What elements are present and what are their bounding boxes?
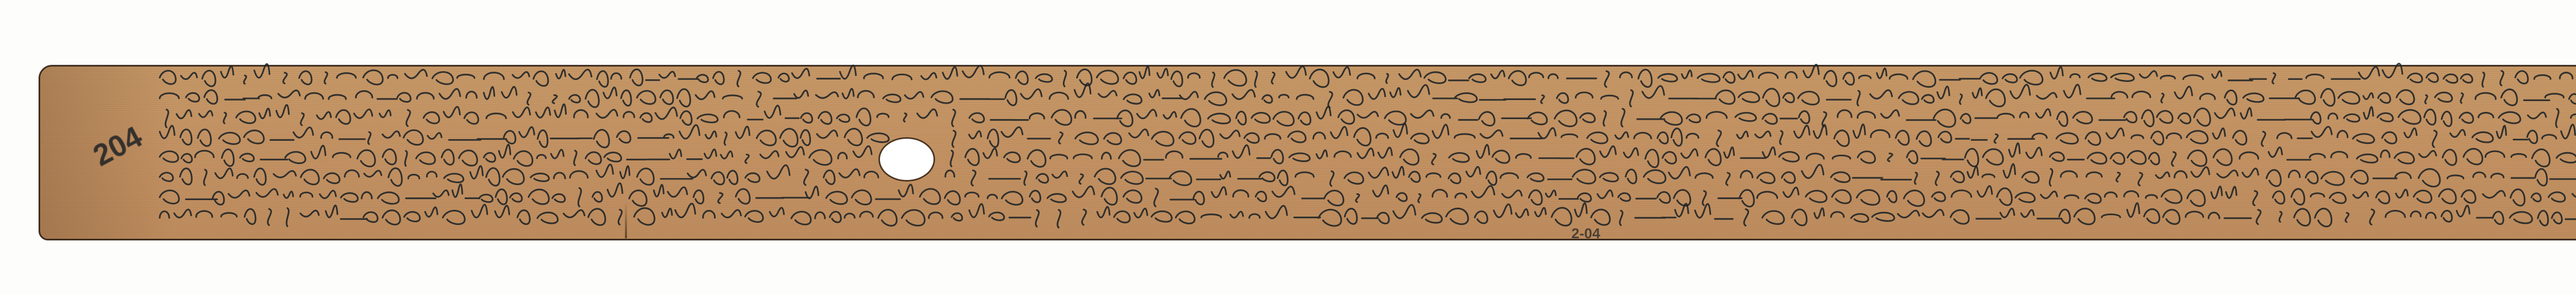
manuscript-line	[160, 143, 2576, 168]
manuscript-line	[160, 164, 2576, 187]
manuscript-scan: 204 204 2-04 206	[0, 0, 2576, 295]
manuscript-text-lines	[0, 0, 2576, 295]
manuscript-line	[160, 183, 2576, 206]
manuscript-line	[165, 104, 2576, 127]
manuscript-line	[160, 124, 2576, 147]
leaf-crack	[625, 202, 627, 238]
manuscript-line	[160, 63, 2576, 87]
manuscript-line	[160, 203, 2576, 228]
bottom-leaf-mark: 2-04	[1571, 225, 1600, 242]
manuscript-line	[160, 84, 2576, 108]
string-hole	[878, 137, 935, 182]
